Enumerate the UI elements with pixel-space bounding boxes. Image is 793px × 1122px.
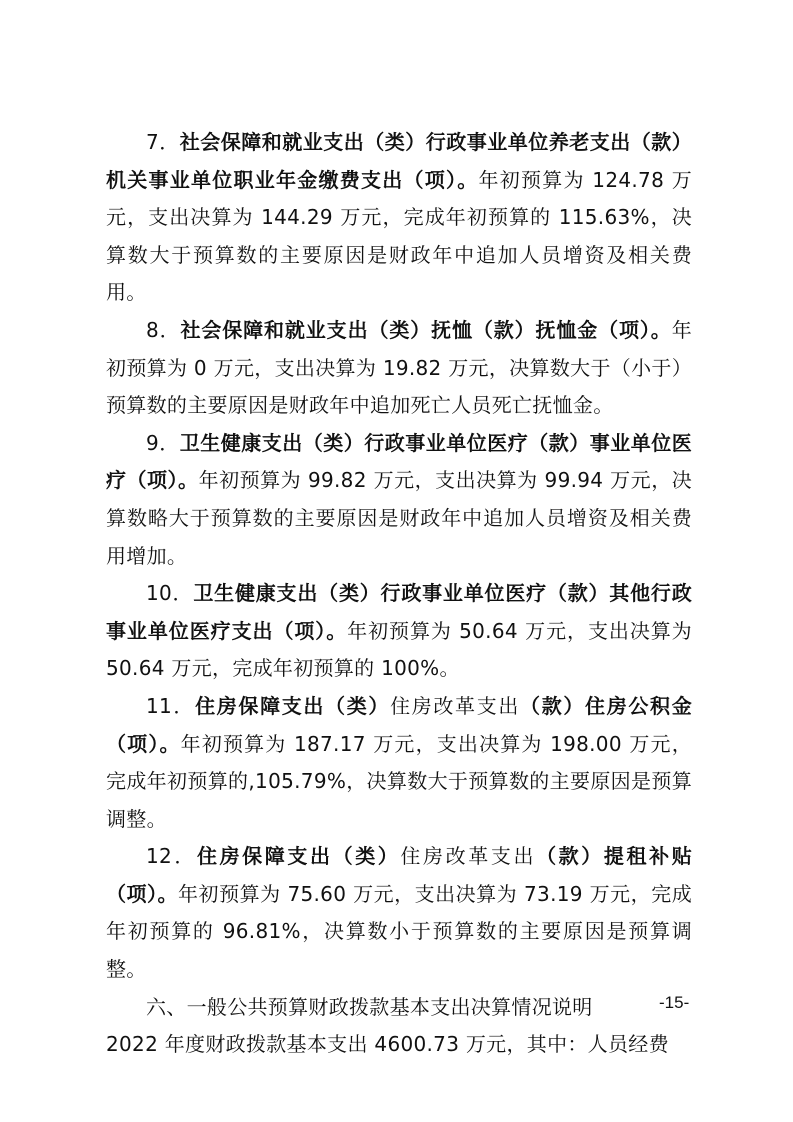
item-number: 11． bbox=[146, 694, 195, 718]
item-heading-section: 住房改革支出 bbox=[390, 694, 520, 718]
item-heading-section: 住房改革支出 bbox=[400, 844, 536, 868]
paragraph-item-7: 7．社会保障和就业支出（类）行政事业单位养老支出（款）机关事业单位职业年金缴费支… bbox=[106, 124, 692, 312]
document-page: 7．社会保障和就业支出（类）行政事业单位养老支出（款）机关事业单位职业年金缴费支… bbox=[106, 124, 692, 1064]
paragraph-item-8: 8．社会保障和就业支出（类）抚恤（款）抚恤金（项）。年初预算为 0 万元，支出决… bbox=[106, 312, 692, 425]
item-number: 9． bbox=[146, 431, 180, 455]
paragraph-item-11: 11．住房保障支出（类）住房改革支出（款）住房公积金（项）。年初预算为 187.… bbox=[106, 688, 692, 838]
item-number: 12． bbox=[146, 844, 197, 868]
item-heading-class: 住房保障支出（类） bbox=[197, 844, 400, 868]
section-body-text: 2022 年度财政拨款基本支出 4600.73 万元，其中：人员经费 bbox=[106, 1032, 669, 1056]
paragraph-item-9: 9．卫生健康支出（类）行政事业单位医疗（款）事业单位医疗（项）。年初预算为 99… bbox=[106, 425, 692, 575]
page-number: -15- bbox=[659, 993, 689, 1013]
item-heading-class: 住房保障支出（类） bbox=[195, 694, 390, 718]
section-body: 2022 年度财政拨款基本支出 4600.73 万元，其中：人员经费 bbox=[106, 1026, 692, 1064]
paragraph-item-12: 12．住房保障支出（类）住房改革支出（款）提租补贴（项）。年初预算为 75.60… bbox=[106, 838, 692, 988]
section-heading-text: 六、一般公共预算财政拨款基本支出决算情况说明 bbox=[146, 995, 593, 1019]
item-number: 8． bbox=[146, 318, 181, 342]
paragraph-item-10: 10．卫生健康支出（类）行政事业单位医疗（款）其他行政事业单位医疗支出（项）。年… bbox=[106, 575, 692, 688]
item-number: 10． bbox=[146, 581, 193, 605]
section-heading: 六、一般公共预算财政拨款基本支出决算情况说明 bbox=[106, 989, 692, 1027]
item-body: 年初预算为 75.60 万元，支出决算为 73.19 万元，完成年初预算的 96… bbox=[106, 882, 692, 981]
item-body: 年初预算为 187.17 万元，支出决算为 198.00 万元，完成年初预算的,… bbox=[106, 732, 692, 831]
item-heading: 社会保障和就业支出（类）抚恤（款）抚恤金（项）。 bbox=[181, 318, 672, 342]
item-number: 7． bbox=[146, 130, 180, 154]
